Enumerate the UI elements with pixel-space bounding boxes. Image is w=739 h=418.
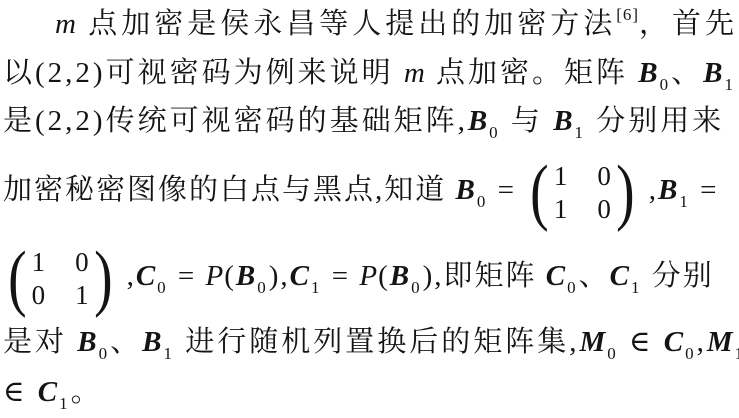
text-run: 分别	[642, 260, 713, 292]
subscript: 1	[735, 344, 739, 363]
paragraph-line-6: 是对 B0、B1 进行随机列置换后的矩阵集,M0 ∈ C0,M1	[3, 322, 739, 366]
subscript: 1	[725, 75, 734, 94]
math-var-C0: C	[664, 326, 684, 358]
text-run: =	[169, 260, 206, 292]
text-run: 点加密是侯永昌等人提出的加密方法	[77, 8, 616, 40]
math-var-C1: C	[38, 376, 58, 408]
subscript: 0	[157, 278, 166, 297]
text-run: ∈	[619, 326, 664, 358]
math-var-B0: B	[638, 57, 658, 89]
text-run: =	[691, 174, 719, 206]
text-run: 与	[501, 105, 554, 137]
math-var-B0: B	[456, 174, 476, 206]
subscript: 1	[311, 278, 320, 297]
text-run: 是(2,2)传统可视密码的基础矩阵,	[3, 105, 468, 137]
paragraph-line-1: m 点加密是侯永昌等人提出的加密方法[6]，首先	[3, 4, 739, 48]
matrix-b1-entries: 1001	[32, 247, 89, 310]
subscript: 0	[607, 344, 616, 363]
text-run: ,	[117, 260, 136, 292]
text-run: 、	[671, 57, 703, 89]
right-paren: )	[94, 241, 112, 315]
paragraph-line-4: 加密秘密图像的白点与黑点,知道 B0 = (1010) ,B1 =	[3, 148, 739, 232]
text-run: ，首先	[639, 8, 738, 40]
text-run: =	[488, 174, 525, 206]
paragraph-line-5: (1001) ,C0 = P(B0),C1 = P(B0),即矩阵 C0、C1 …	[3, 234, 739, 318]
text-run: 加密秘密图像的白点与黑点,知道	[3, 174, 456, 206]
text-run: ,	[640, 174, 659, 206]
subscript: 0	[660, 75, 669, 94]
text-run: 、	[579, 260, 610, 292]
paragraph-line-3: 是(2,2)传统可视密码的基础矩阵,B0 与 B1 分别用来	[3, 101, 739, 145]
math-var-C0: C	[546, 260, 566, 292]
subscript: 1	[631, 278, 640, 297]
matrix-entry: 1	[32, 247, 46, 277]
math-var-B0: B	[236, 260, 256, 292]
matrix-entry: 1	[554, 194, 568, 224]
matrix-b0-entries: 1010	[554, 161, 611, 224]
matrix-entry: 0	[75, 247, 89, 277]
text-run: (	[224, 260, 236, 292]
text-run: 进行随机列置换后的矩阵集,	[175, 326, 580, 358]
text-run: ),即矩阵	[423, 260, 546, 292]
math-var-B1: B	[703, 57, 723, 89]
matrix-entry: 1	[554, 161, 568, 191]
text-run: 点加密。矩阵	[426, 57, 639, 89]
text-run: ∈	[3, 376, 38, 408]
subscript: 1	[59, 394, 68, 413]
math-var-m: m	[55, 8, 77, 40]
text-run: =	[323, 260, 360, 292]
text-run: ),	[269, 260, 290, 292]
paragraph-line-7: ∈ C1。	[3, 372, 739, 416]
math-var-m: m	[404, 57, 426, 89]
matrix-entry: 0	[597, 194, 611, 224]
text-run: 。	[71, 376, 103, 408]
subscript: 0	[257, 278, 266, 297]
math-var-B1: B	[658, 174, 678, 206]
subscript: 0	[489, 123, 498, 142]
text-run: 分别用来	[586, 105, 724, 137]
math-var-B0: B	[77, 326, 97, 358]
subscript: 0	[477, 192, 486, 211]
subscript: 1	[679, 192, 688, 211]
matrix-entry: 1	[75, 280, 89, 310]
math-var-P: P	[206, 260, 225, 292]
text-run: 是对	[3, 326, 77, 358]
left-paren: (	[8, 241, 26, 315]
math-var-M1: M	[707, 326, 734, 358]
text-run: ,	[697, 326, 707, 358]
right-paren: )	[616, 155, 634, 229]
math-var-C1: C	[610, 260, 630, 292]
math-var-C1: C	[290, 260, 310, 292]
subscript: 1	[163, 344, 172, 363]
subscript: 0	[411, 278, 420, 297]
subscript: 0	[685, 344, 694, 363]
text-run: 、	[110, 326, 142, 358]
matrix-entry: 0	[32, 280, 46, 310]
math-var-B0: B	[468, 105, 488, 137]
matrix-b0: (1010)	[527, 152, 637, 232]
math-var-P: P	[359, 260, 378, 292]
math-var-B1: B	[142, 326, 162, 358]
math-var-B1: B	[553, 105, 573, 137]
paper-page: m 点加密是侯永昌等人提出的加密方法[6]，首先 以(2,2)可视密码为例来说明…	[0, 0, 739, 418]
subscript: 0	[99, 344, 108, 363]
matrix-entry: 0	[597, 161, 611, 191]
math-var-M0: M	[579, 326, 606, 358]
paragraph-line-2: 以(2,2)可视密码为例来说明 m 点加密。矩阵 B0、B1	[3, 53, 739, 97]
citation-superscript: [6]	[616, 5, 639, 24]
text-run: 以(2,2)可视密码为例来说明	[3, 57, 404, 89]
subscript: 0	[567, 278, 576, 297]
matrix-b1: (1001)	[5, 238, 115, 318]
math-var-B0: B	[390, 260, 410, 292]
math-var-C0: C	[136, 260, 156, 292]
subscript: 1	[575, 123, 584, 142]
text-run: (	[378, 260, 390, 292]
left-paren: (	[530, 155, 548, 229]
